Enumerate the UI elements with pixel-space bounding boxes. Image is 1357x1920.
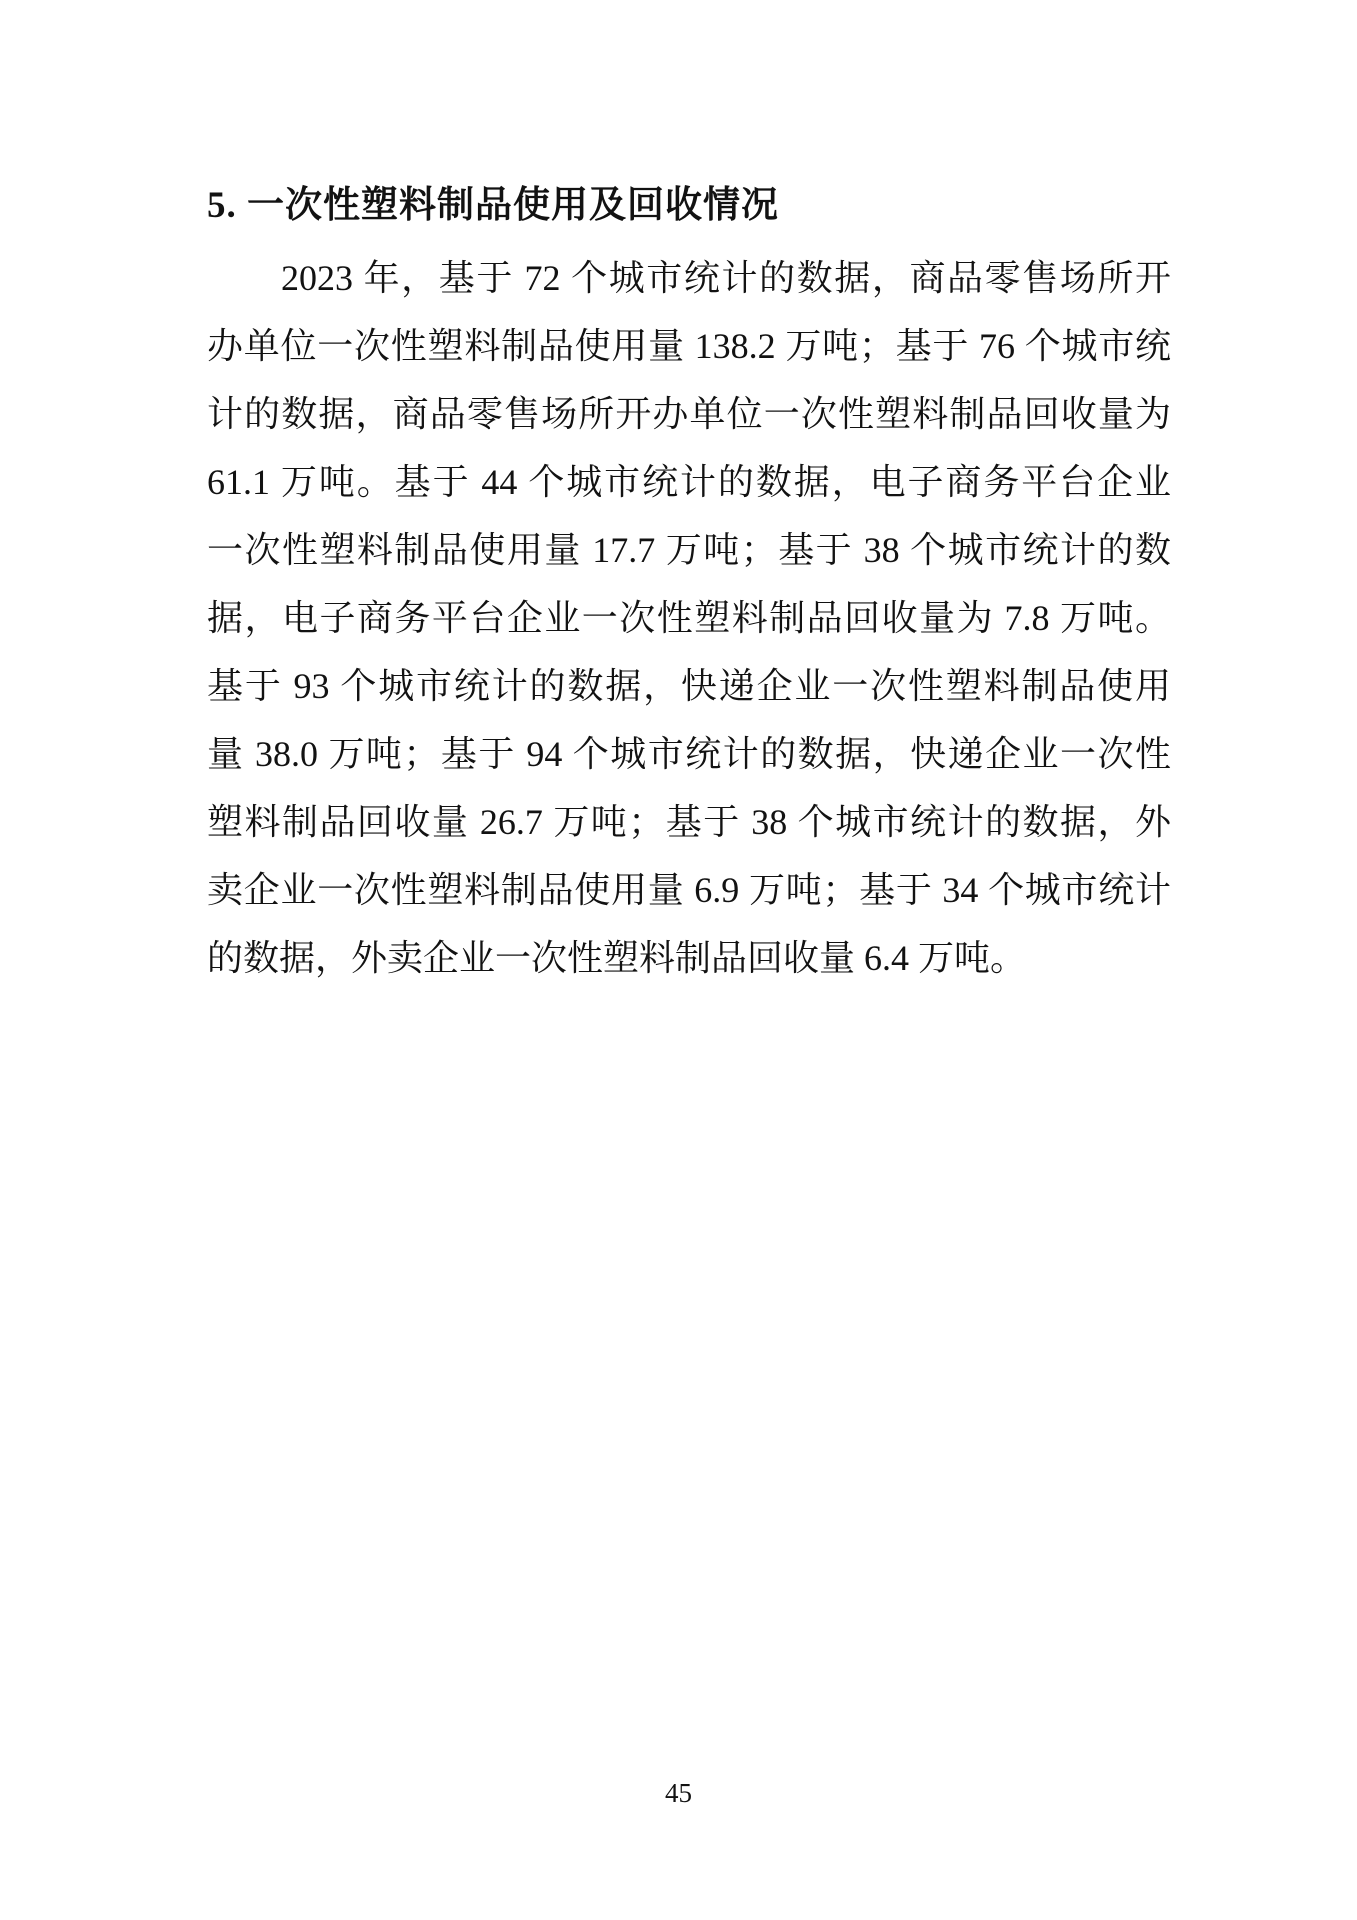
section-heading: 5. 一次性塑料制品使用及回收情况 <box>207 182 1177 230</box>
paragraph-line: 计的数据，商品零售场所开办单位一次性塑料制品回收量为 <box>207 380 1171 448</box>
paragraph-line: 卖企业一次性塑料制品使用量 6.9 万吨；基于 34 个城市统计 <box>207 856 1171 924</box>
paragraph-line: 2023 年，基于 72 个城市统计的数据，商品零售场所开 <box>207 244 1171 312</box>
paragraph-line: 量 38.0 万吨；基于 94 个城市统计的数据，快递企业一次性 <box>207 720 1171 788</box>
page-number: 45 <box>0 1777 1357 1809</box>
paragraph-line: 的数据，外卖企业一次性塑料制品回收量 6.4 万吨。 <box>207 924 1171 992</box>
paragraph-line: 据，电子商务平台企业一次性塑料制品回收量为 7.8 万吨。 <box>207 584 1171 652</box>
paragraph-line: 61.1 万吨。基于 44 个城市统计的数据，电子商务平台企业 <box>207 448 1171 516</box>
body-paragraph: 2023 年，基于 72 个城市统计的数据，商品零售场所开 办单位一次性塑料制品… <box>207 244 1171 992</box>
document-page: 5. 一次性塑料制品使用及回收情况 2023 年，基于 72 个城市统计的数据，… <box>0 0 1357 1920</box>
paragraph-line: 办单位一次性塑料制品使用量 138.2 万吨；基于 76 个城市统 <box>207 312 1171 380</box>
paragraph-line: 塑料制品回收量 26.7 万吨；基于 38 个城市统计的数据，外 <box>207 788 1171 856</box>
paragraph-line: 一次性塑料制品使用量 17.7 万吨；基于 38 个城市统计的数 <box>207 516 1171 584</box>
paragraph-line: 基于 93 个城市统计的数据，快递企业一次性塑料制品使用 <box>207 652 1171 720</box>
